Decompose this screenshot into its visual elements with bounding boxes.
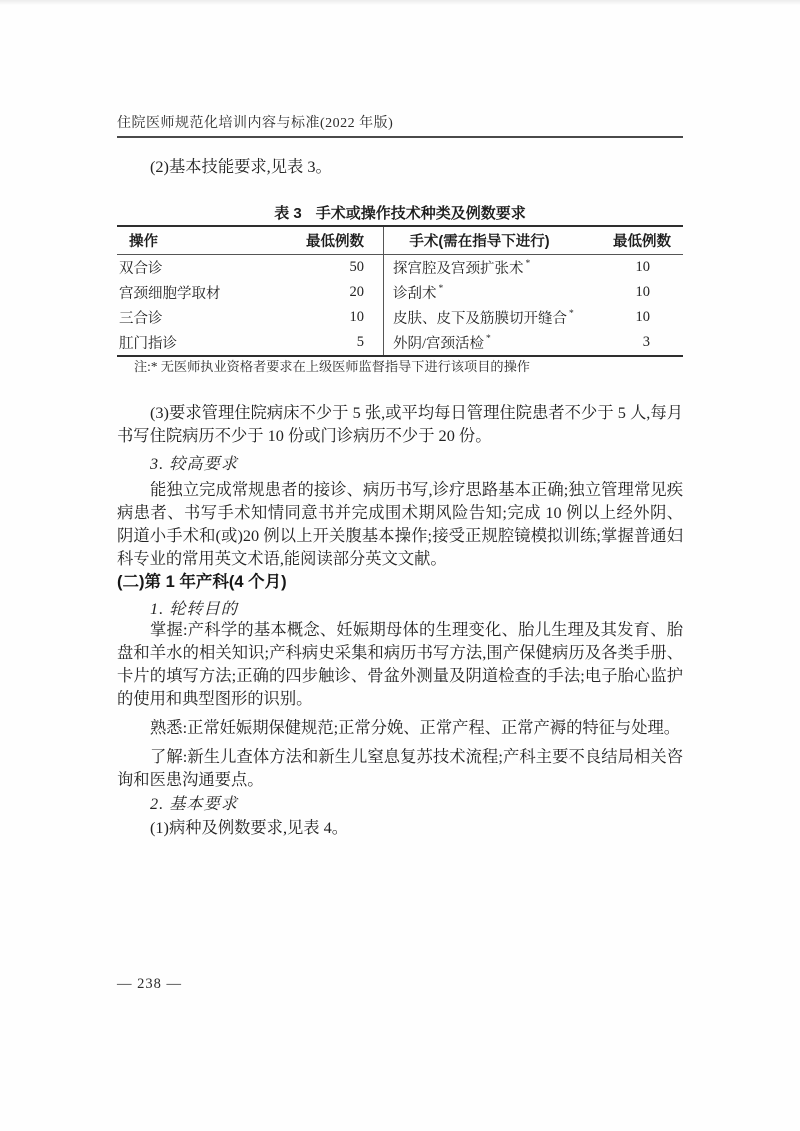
cell-operation-min: 10 [300,305,383,330]
cell-operation: 肛门指诊 [117,330,300,355]
table-row: 三合诊 10 皮肤、皮下及筋膜切开缝合* 10 [117,305,683,330]
cell-surgery-min: 10 [575,280,683,305]
cell-surgery: 探宫腔及宫颈扩张术* [383,255,575,280]
header-rule [117,136,683,138]
cell-surgery-min: 10 [575,255,683,280]
running-header: 住院医师规范化培训内容与标准(2022 年版) [117,114,683,134]
paragraph-familiar: 熟悉:正常妊娠期保健规范;正常分娩、正常产程、正常产褥的特征与处理。 [117,716,683,739]
cell-surgery: 外阴/宫颈活检* [383,330,575,355]
surgery-name: 皮肤、皮下及筋膜切开缝合 [393,307,567,328]
col-header-surgery: 手术(需在指导下进行) [383,227,575,254]
cell-operation: 三合诊 [117,305,300,330]
paragraph-disease-case-requirements: (1)病种及例数要求,见表 4。 [117,816,683,839]
document-page: 住院医师规范化培训内容与标准(2022 年版) (2)基本技能要求,见表 3。 … [0,0,800,1131]
cell-operation-min: 5 [300,330,383,355]
heading-advanced-requirements: 3. 较高要求 [117,453,683,475]
paragraph-master: 掌握:产科学的基本概念、妊娠期母体的生理变化、胎儿生理及其发育、胎盘和羊水的相关… [117,618,683,710]
table-note: 注:* 无医师执业资格者要求在上级医师监督指导下进行该项目的操作 [117,358,683,376]
col-header-min-cases-left: 最低例数 [300,227,383,254]
footnote-asterisk: * [526,260,531,270]
surgery-name: 外阴/宫颈活检 [393,332,484,353]
table-header-row: 操作 最低例数 手术(需在指导下进行) 最低例数 [117,227,683,255]
table-row: 宫颈细胞学取材 20 诊刮术* 10 [117,280,683,305]
cell-operation-min: 20 [300,280,383,305]
heading-section-obstetrics-year1: (二)第 1 年产科(4 个月) [117,571,683,593]
heading-rotation-purpose: 1. 轮转目的 [117,598,683,620]
table-row: 双合诊 50 探宫腔及宫颈扩张术* 10 [117,255,683,280]
cell-surgery: 皮肤、皮下及筋膜切开缝合* [383,305,575,330]
cell-surgery: 诊刮术* [383,280,575,305]
footnote-asterisk: * [439,285,444,295]
page-number: — 238 — [117,976,683,993]
paragraph-basic-skills: (2)基本技能要求,见表 3。 [117,155,683,178]
table3-title-label: 表 3 [274,205,302,222]
table-3: 操作 最低例数 手术(需在指导下进行) 最低例数 双合诊 50 探宫腔及宫颈扩张… [117,225,683,357]
cell-operation: 双合诊 [117,255,300,280]
surgery-name: 诊刮术 [393,282,437,303]
table3-title-text: 手术或操作技术种类及例数要求 [316,205,526,222]
footnote-asterisk: * [569,310,574,320]
cell-operation: 宫颈细胞学取材 [117,280,300,305]
footnote-asterisk: * [486,335,491,345]
cell-surgery-min: 3 [575,330,683,355]
cell-surgery-min: 10 [575,305,683,330]
col-header-operation: 操作 [117,227,300,254]
paragraph-ward-management: (3)要求管理住院病床不少于 5 张,或平均每日管理住院患者不少于 5 人,每月… [117,401,683,447]
paragraph-advanced-requirements: 能独立完成常规患者的接诊、病历书写,诊疗思路基本正确;独立管理常见疾病患者、书写… [117,478,683,570]
table3-title: 表 3手术或操作技术种类及例数要求 [117,202,683,223]
table-row: 肛门指诊 5 外阴/宫颈活检* 3 [117,330,683,355]
col-header-min-cases-right: 最低例数 [575,227,683,254]
surgery-name: 探宫腔及宫颈扩张术 [393,257,524,278]
heading-basic-requirements: 2. 基本要求 [117,793,683,815]
cell-operation-min: 50 [300,255,383,280]
paragraph-understand: 了解:新生儿查体方法和新生儿窒息复苏技术流程;产科主要不良结局相关咨询和医患沟通… [117,745,683,791]
